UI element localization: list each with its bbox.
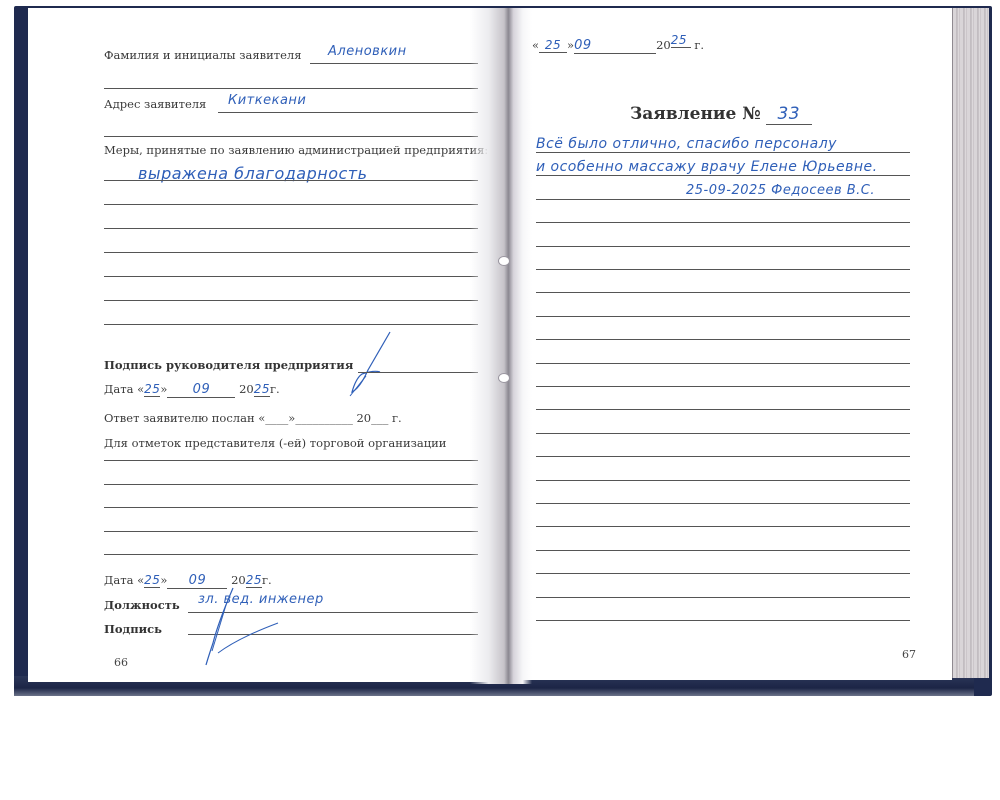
date-suffix: г. — [270, 382, 280, 396]
rule — [104, 204, 478, 205]
date-mid: » — [160, 573, 167, 587]
date-day[interactable]: 25 — [144, 573, 160, 588]
address-line — [218, 112, 478, 113]
rule — [536, 550, 910, 551]
rule — [104, 460, 478, 461]
date-year[interactable]: 25 — [254, 382, 270, 397]
signature-label: Подпись — [104, 622, 162, 636]
manager-date: Дата «25»09 2025г. — [104, 382, 280, 398]
date-year-prefix: 20 — [239, 382, 254, 396]
date-year-prefix: 20 — [656, 38, 671, 52]
rule — [536, 573, 910, 574]
binding-stitch — [498, 256, 510, 266]
rule — [536, 222, 910, 223]
manager-signature-line — [358, 372, 478, 373]
rule — [104, 136, 478, 137]
date-prefix: Дата « — [104, 573, 144, 587]
book-spine — [470, 8, 532, 684]
statement-heading: Заявление № 33 — [630, 104, 812, 125]
date-suffix: г. — [694, 38, 704, 52]
rule — [536, 480, 910, 481]
rule — [104, 276, 478, 277]
rule — [536, 456, 910, 457]
date-prefix: « — [532, 38, 539, 52]
rule — [536, 620, 910, 621]
rule — [536, 409, 910, 410]
rule — [536, 246, 910, 247]
statement-text-line-3[interactable]: 25-09-2025 Федосеев В.С. — [686, 183, 875, 198]
date-month[interactable]: 09 — [574, 38, 656, 54]
rule — [536, 292, 910, 293]
position-label: Должность — [104, 598, 180, 612]
statement-number[interactable]: 33 — [766, 104, 812, 125]
rule — [536, 316, 910, 317]
trade-rep-label: Для отметок представителя (-ей) торговой… — [104, 436, 446, 450]
left-page: Фамилия и инициалы заявителя Аленовкин А… — [28, 8, 498, 682]
address-label: Адрес заявителя — [104, 97, 206, 111]
binding-stitch — [498, 373, 510, 383]
rule — [104, 180, 478, 181]
rule — [536, 269, 910, 270]
rule — [536, 597, 910, 598]
date-month[interactable]: 09 — [167, 382, 235, 398]
address-value[interactable]: Киткекани — [228, 93, 306, 108]
rule — [104, 554, 478, 555]
rule — [536, 199, 910, 200]
page-edges — [952, 8, 989, 678]
measures-label: Меры, принятые по заявлению администраци… — [104, 143, 488, 157]
date-mid: » — [160, 382, 167, 396]
rule — [536, 363, 910, 364]
manager-signature-label: Подпись руководителя предприятия — [104, 358, 353, 372]
rule — [104, 507, 478, 508]
rule — [536, 526, 910, 527]
statement-date: «25»092025 г. — [532, 38, 704, 54]
right-page: «25»092025 г. Заявление № 33 Всё было от… — [500, 8, 952, 680]
rule — [104, 228, 478, 229]
rule — [104, 324, 478, 325]
page-number-right: 67 — [902, 648, 916, 661]
rule — [104, 300, 478, 301]
rule — [104, 252, 478, 253]
applicant-name-value[interactable]: Аленовкин — [328, 44, 407, 59]
rule — [536, 152, 910, 153]
date-mid: » — [567, 38, 574, 52]
page-number-left: 66 — [114, 656, 128, 669]
rule — [536, 386, 910, 387]
rule — [536, 503, 910, 504]
statement-text-line-1[interactable]: Всё было отлично, спасибо персоналу — [536, 136, 837, 152]
date-prefix: Дата « — [104, 382, 144, 396]
date-year[interactable]: 25 — [671, 33, 691, 48]
rule — [104, 531, 478, 532]
rule — [536, 339, 910, 340]
statement-title: Заявление № — [630, 104, 761, 124]
rule — [104, 484, 478, 485]
rule — [104, 88, 478, 89]
rule — [536, 175, 910, 176]
date-day[interactable]: 25 — [539, 38, 567, 53]
applicant-name-line — [310, 63, 478, 64]
date-day[interactable]: 25 — [144, 382, 160, 397]
signature — [178, 583, 288, 673]
statement-text-line-2[interactable]: и особенно массажу врачу Елене Юрьевне. — [536, 159, 878, 175]
reply-sent-label[interactable]: Ответ заявителю послан «____»__________ … — [104, 411, 402, 425]
rule — [536, 433, 910, 434]
applicant-name-label: Фамилия и инициалы заявителя — [104, 48, 302, 62]
